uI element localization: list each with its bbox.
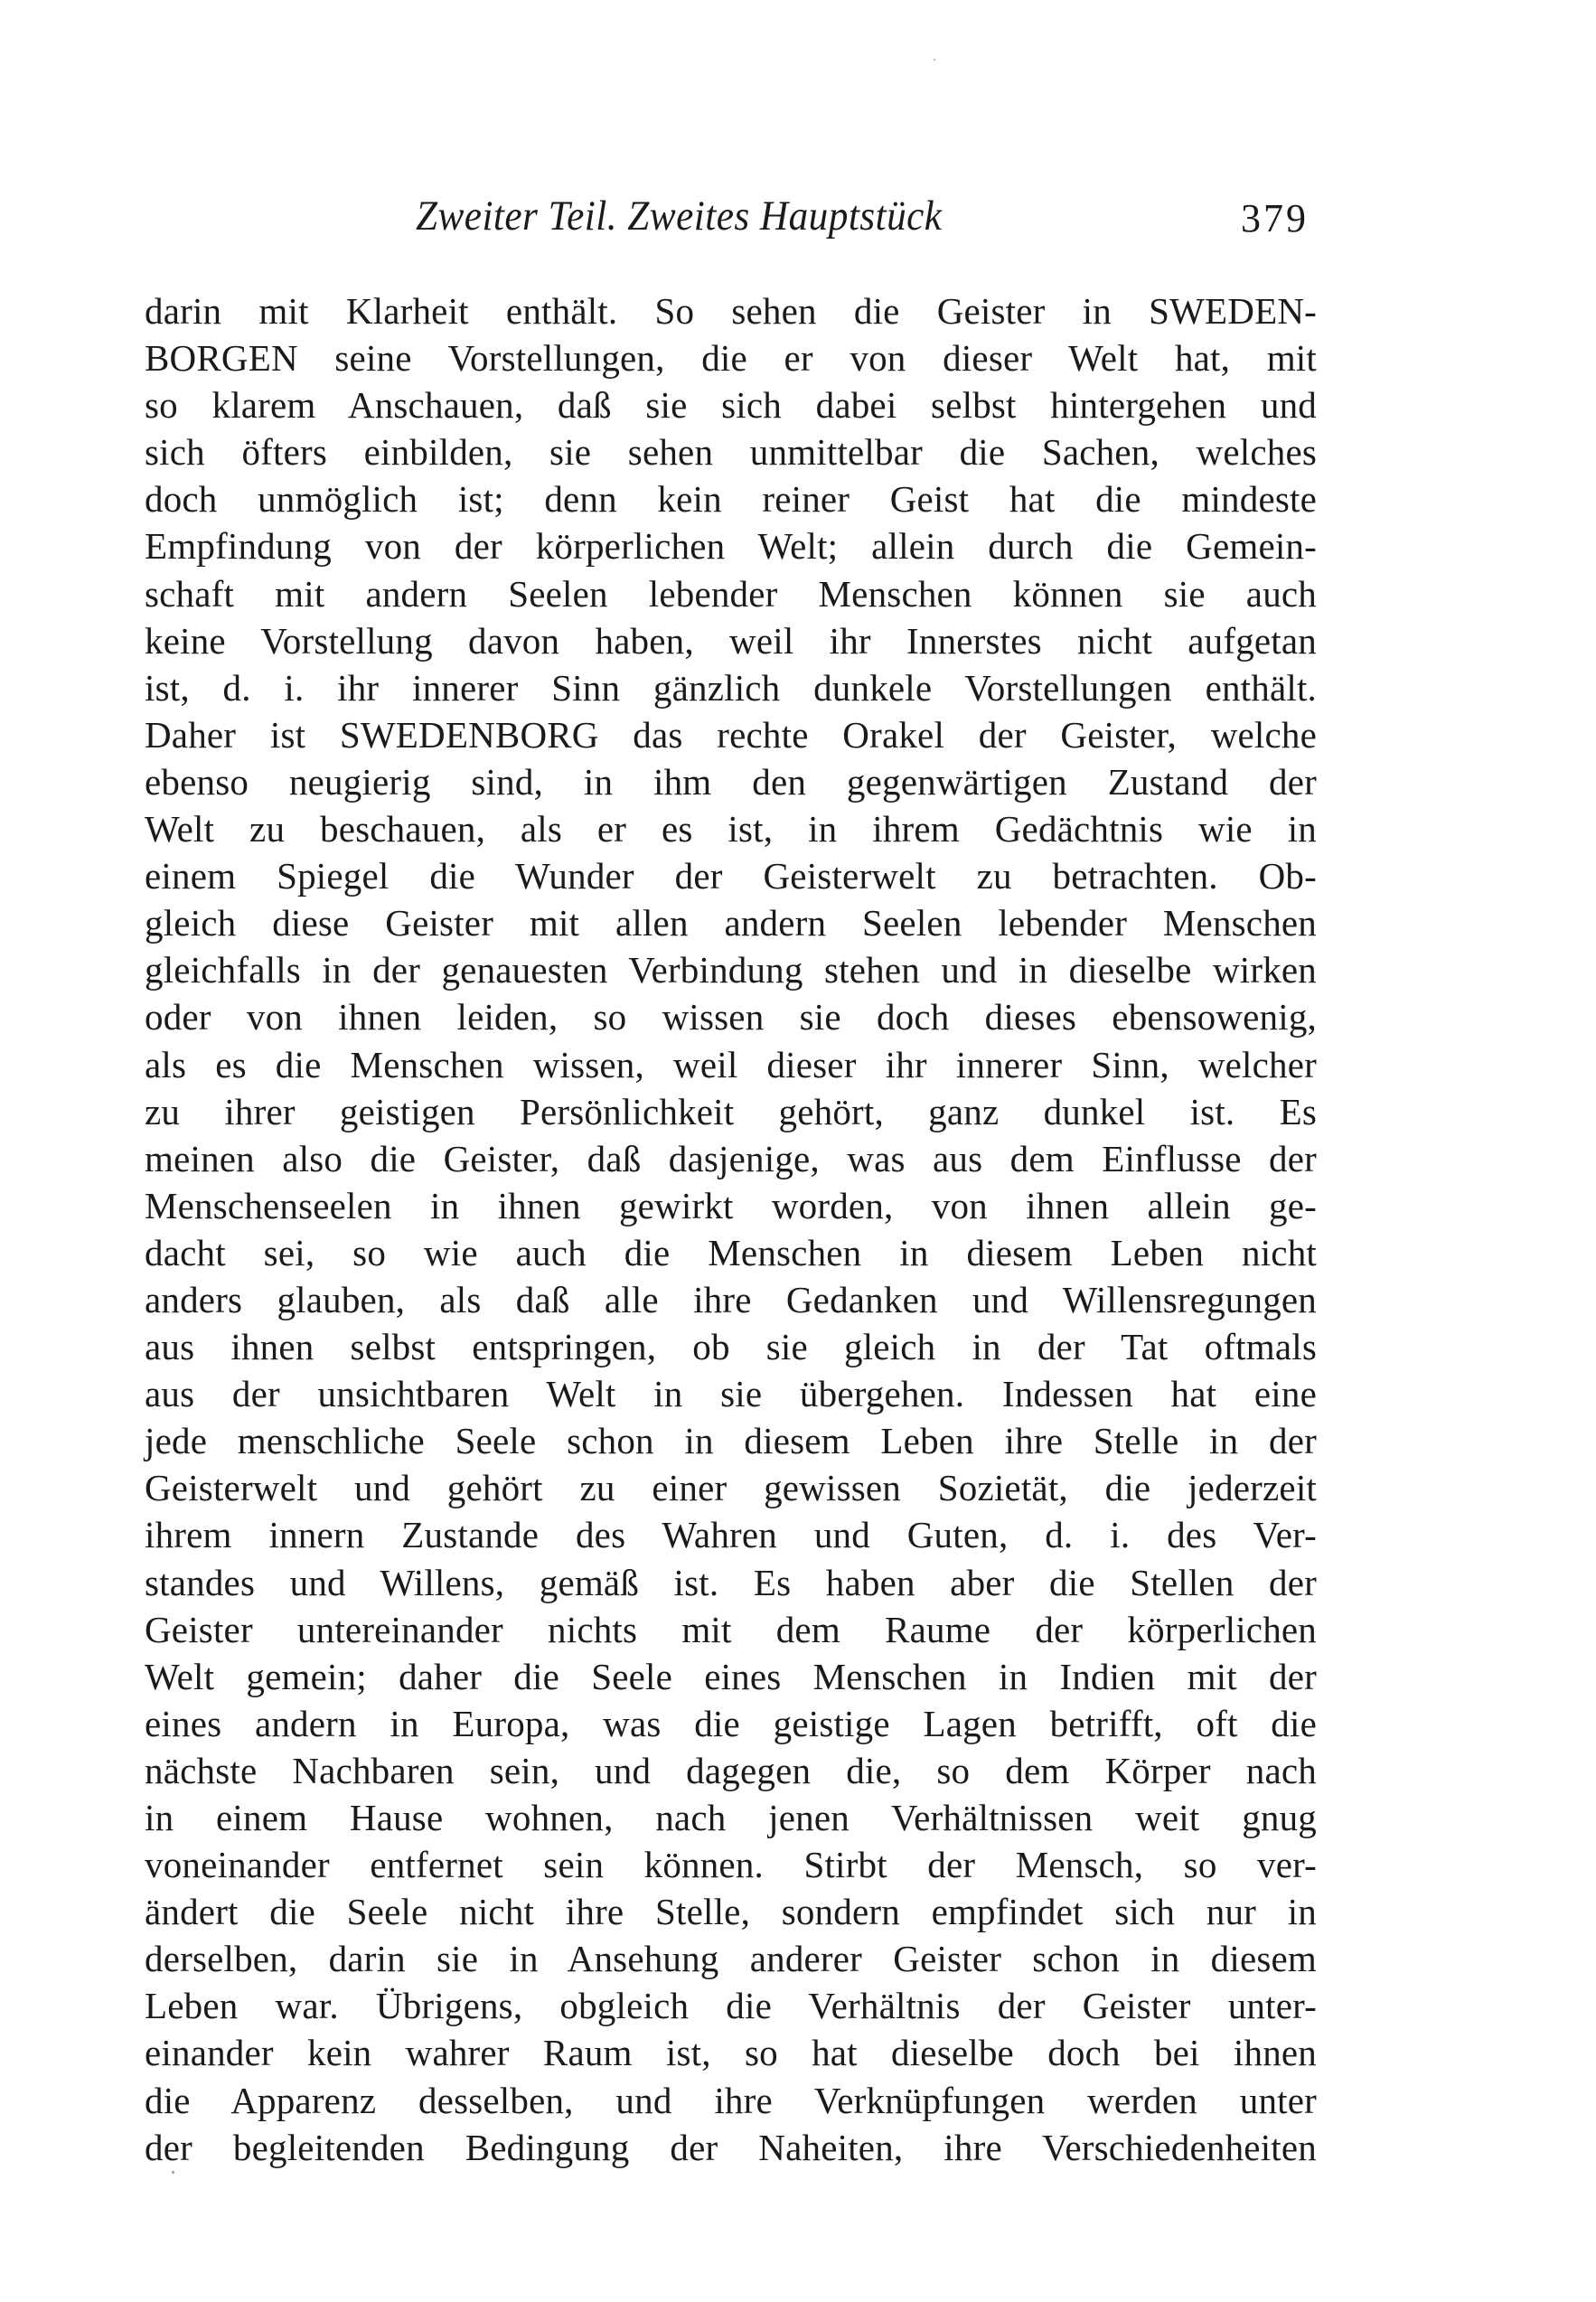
text-line: zu ihrer geistigen Persönlichkeit gehört…: [145, 1088, 1317, 1135]
text-line: einander kein wahrer Raum ist, so hat di…: [145, 2029, 1317, 2076]
text-line: ist, d. i. ihr innerer Sinn gänzlich dun…: [145, 664, 1317, 711]
running-title: Zweiter Teil. Zweites Hauptstück: [416, 192, 942, 240]
text-line: standes und Willens, gemäß ist. Es haben…: [145, 1559, 1317, 1606]
text-line: die Apparenz desselben, und ihre Verknüp…: [145, 2077, 1317, 2124]
text-line: einem Spiegel die Wunder der Geisterwelt…: [145, 852, 1317, 899]
text-line: oder von ihnen leiden, so wissen sie doc…: [145, 993, 1317, 1040]
scan-speck: [172, 2171, 174, 2174]
running-header: Zweiter Teil. Zweites Hauptstück 379: [145, 192, 1319, 246]
text-line: jede menschliche Seele schon in diesem L…: [145, 1417, 1317, 1464]
text-line: gleich diese Geister mit allen andern Se…: [145, 899, 1317, 946]
text-line: nächste Nachbaren sein, und dagegen die,…: [145, 1747, 1317, 1794]
text-line: Geisterwelt und gehört zu einer gewissen…: [145, 1464, 1317, 1511]
page-number: 379: [1241, 195, 1309, 241]
text-line: derselben, darin sie in Ansehung anderer…: [145, 1935, 1317, 1982]
text-line: BORGEN seine Vorstellungen, die er von d…: [145, 334, 1317, 381]
text-line: eines andern in Europa, was die geistige…: [145, 1700, 1317, 1747]
text-line: Geister untereinander nichts mit dem Rau…: [145, 1606, 1317, 1653]
text-line: ebenso neugierig sind, in ihm den gegenw…: [145, 758, 1317, 805]
text-line: voneinander entfernet sein können. Stirb…: [145, 1841, 1317, 1888]
text-line: Welt gemein; daher die Seele eines Mensc…: [145, 1653, 1317, 1700]
text-line: aus der unsichtbaren Welt in sie übergeh…: [145, 1370, 1317, 1417]
text-line: so klarem Anschauen, daß sie sich dabei …: [145, 381, 1317, 428]
body-text: darin mit Klarheit enthält. So sehen die…: [145, 287, 1317, 2171]
text-line: ihrem innern Zustande des Wahren und Gut…: [145, 1511, 1317, 1558]
text-line: keine Vorstellung davon haben, weil ihr …: [145, 617, 1317, 664]
text-line: dacht sei, so wie auch die Menschen in d…: [145, 1229, 1317, 1276]
text-line: aus ihnen selbst entspringen, ob sie gle…: [145, 1323, 1317, 1370]
text-line: darin mit Klarheit enthält. So sehen die…: [145, 287, 1317, 334]
text-line: Daher ist SWEDENBORG das rechte Orakel d…: [145, 711, 1317, 758]
text-line: Welt zu beschauen, als er es ist, in ihr…: [145, 805, 1317, 852]
text-line: schaft mit andern Seelen lebender Mensch…: [145, 570, 1317, 617]
book-page: Zweiter Teil. Zweites Hauptstück 379 dar…: [0, 0, 1596, 2302]
text-line: Leben war. Übrigens, obgleich die Verhäl…: [145, 1982, 1317, 2029]
text-line: meinen also die Geister, daß dasjenige, …: [145, 1135, 1317, 1182]
text-line: als es die Menschen wissen, weil dieser …: [145, 1041, 1317, 1088]
text-line: sich öfters einbilden, sie sehen unmitte…: [145, 428, 1317, 475]
text-line: in einem Hause wohnen, nach jenen Verhäl…: [145, 1794, 1317, 1841]
scan-speck: [934, 59, 935, 61]
text-line: doch unmöglich ist; denn kein reiner Gei…: [145, 475, 1317, 522]
text-line: der begleitenden Bedingung der Naheiten,…: [145, 2124, 1317, 2171]
text-line: anders glauben, als daß alle ihre Gedank…: [145, 1276, 1317, 1323]
text-line: Menschenseelen in ihnen gewirkt worden, …: [145, 1182, 1317, 1229]
text-line: Empfindung von der körperlichen Welt; al…: [145, 522, 1317, 569]
text-line: ändert die Seele nicht ihre Stelle, sond…: [145, 1888, 1317, 1935]
text-line: gleichfalls in der genauesten Verbindung…: [145, 946, 1317, 993]
